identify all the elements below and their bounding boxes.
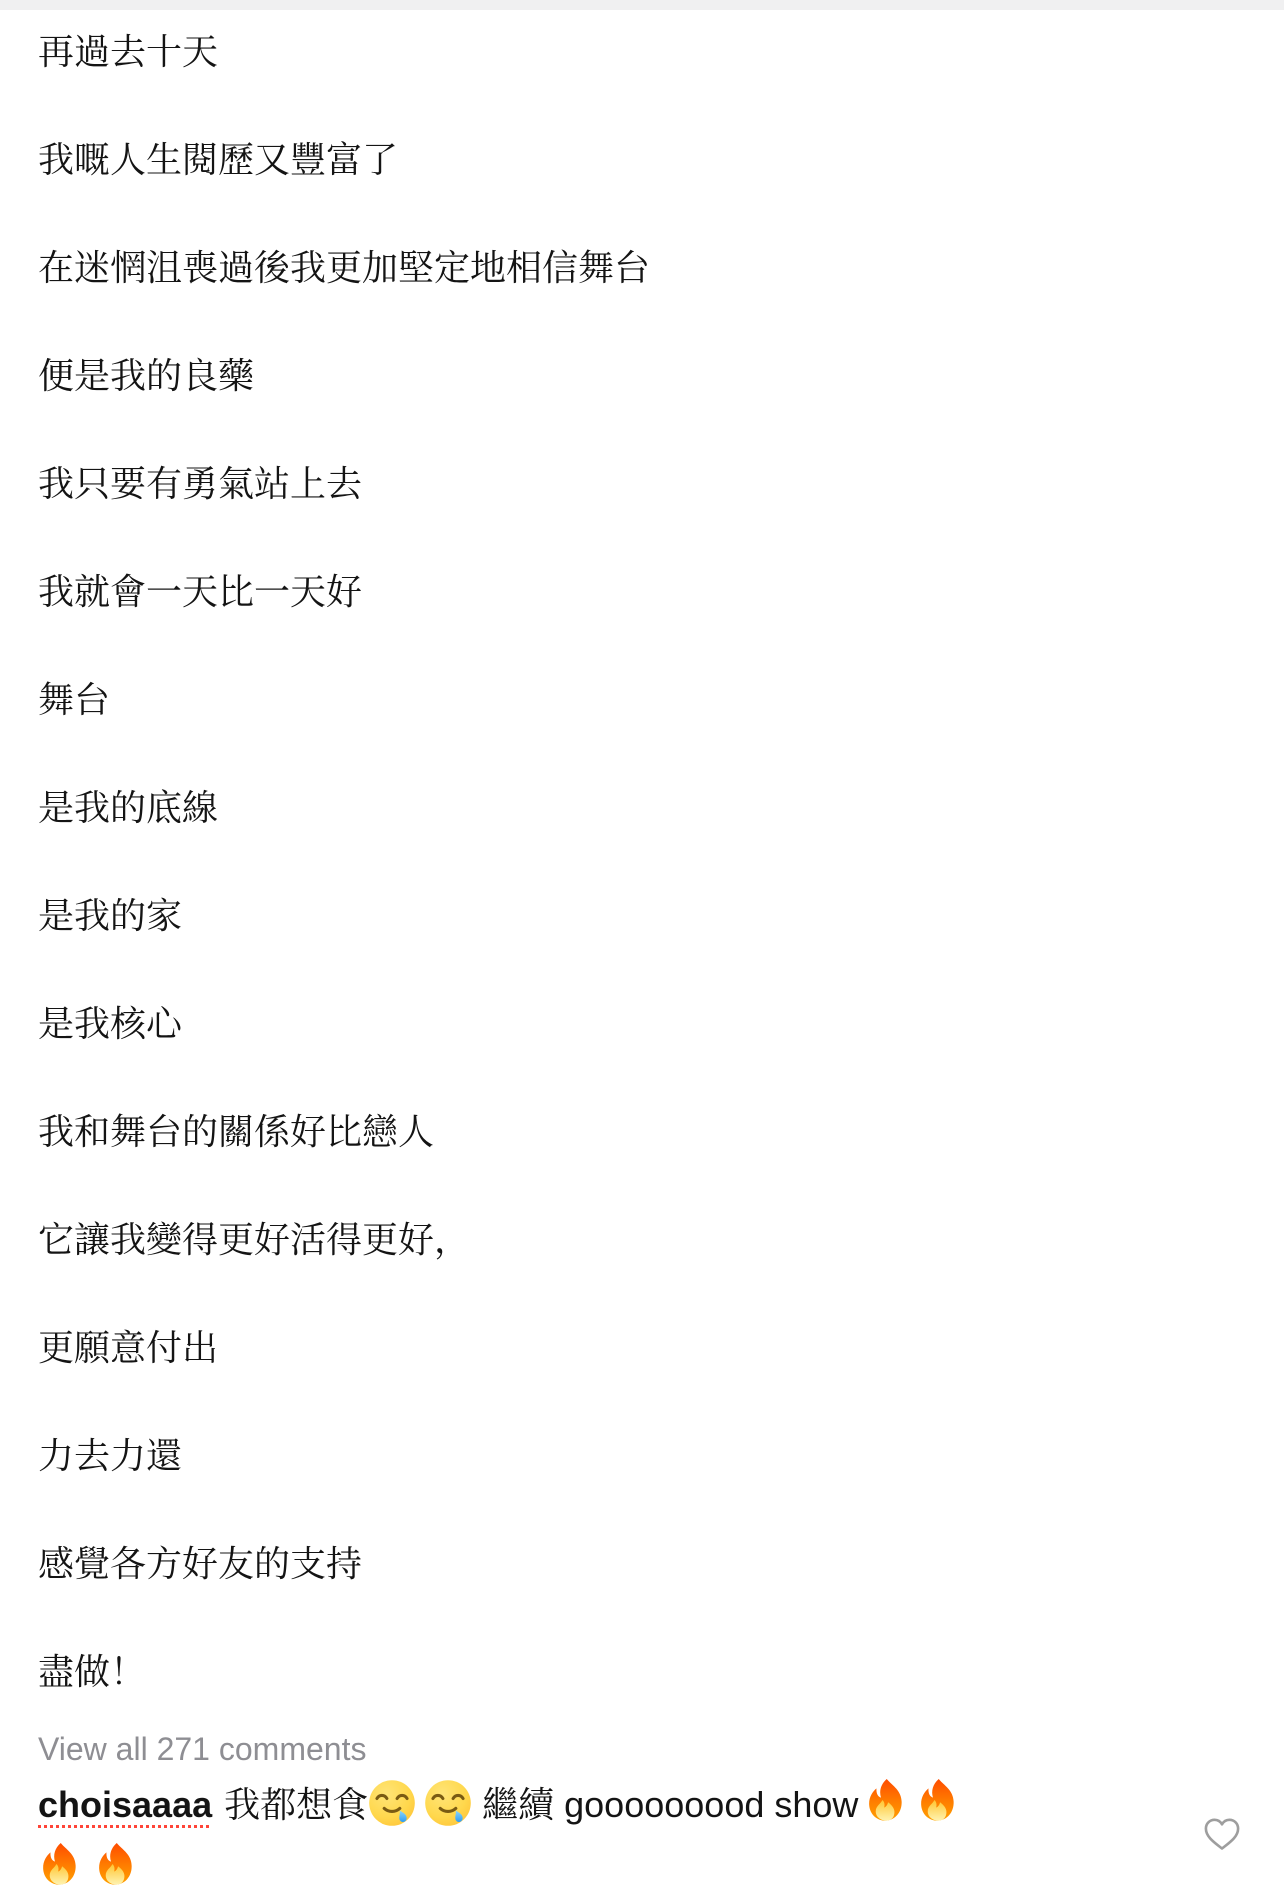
comment-text-line1: choisaaaa我都想食繼續 gooooooood show xyxy=(38,1774,1180,1836)
caption-line: 舞台 xyxy=(38,646,1244,754)
view-all-comments-link[interactable]: View all 271 comments xyxy=(38,1726,1244,1772)
heart-outline-icon xyxy=(1200,1813,1244,1855)
comment-text-segment-2: 繼續 gooooooood show xyxy=(482,1784,858,1825)
comment-username[interactable]: choisaaaa xyxy=(38,1784,212,1825)
caption-line: 是我的家 xyxy=(38,862,1244,970)
caption-line: 它讓我變得更好活得更好， xyxy=(38,1186,1244,1294)
fire-emoji xyxy=(864,1777,908,1827)
caption-line: 我只要有勇氣站上去 xyxy=(38,430,1244,538)
caption-line: 是我核心 xyxy=(38,970,1244,1078)
comment-text-segment-1: 我都想食 xyxy=(224,1784,368,1825)
fire-emoji xyxy=(916,1777,960,1827)
comment-row: choisaaaa我都想食繼續 gooooooood show xyxy=(38,1774,1244,1894)
caption-line: 力去力還 xyxy=(38,1402,1244,1510)
caption-line: 再過去十天 xyxy=(38,0,1244,106)
fire-emoji xyxy=(38,1841,82,1891)
caption-line: 我就會一天比一天好 xyxy=(38,538,1244,646)
caption-line: 我和舞台的關係好比戀人 xyxy=(38,1078,1244,1186)
caption-line: 更願意付出 xyxy=(38,1294,1244,1402)
caption-line: 是我的底線 xyxy=(38,754,1244,862)
caption-line: 便是我的良藥 xyxy=(38,322,1244,430)
fire-emoji xyxy=(94,1841,138,1891)
caption-line: 我嘅人生閱歷又豐富了 xyxy=(38,106,1244,214)
caption-line: 在迷惘沮喪過後我更加堅定地相信舞台 xyxy=(38,214,1244,322)
caption-line: 感覺各方好友的支持 xyxy=(38,1510,1244,1618)
drooling-face-emoji xyxy=(424,1779,472,1827)
comment-like-button[interactable] xyxy=(1200,1812,1244,1856)
caption-line: 盡做！ xyxy=(38,1618,1244,1726)
drooling-face-emoji xyxy=(368,1779,416,1827)
post-caption: 再過去十天 我嘅人生閱歷又豐富了 在迷惘沮喪過後我更加堅定地相信舞台 便是我的良… xyxy=(38,0,1244,1726)
comment-body: choisaaaa我都想食繼續 gooooooood show xyxy=(38,1774,1180,1894)
comment-text-line2 xyxy=(38,1838,1180,1894)
